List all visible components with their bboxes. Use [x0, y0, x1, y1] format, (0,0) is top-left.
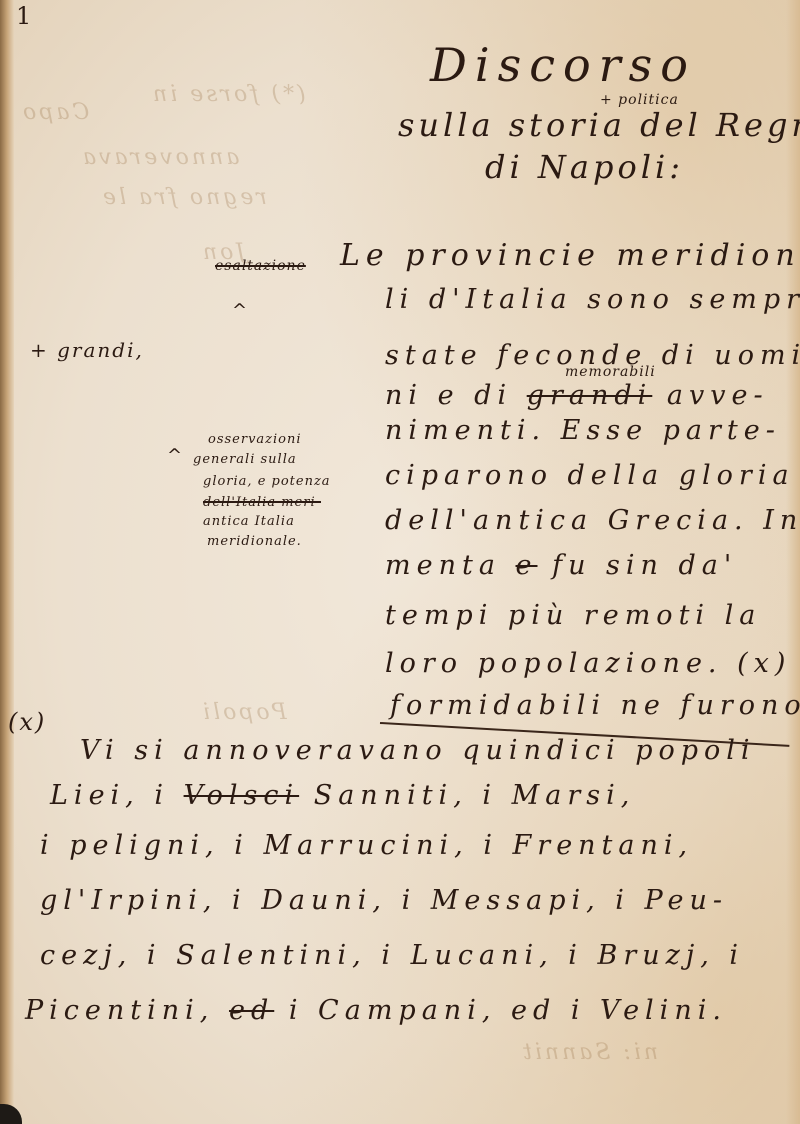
struck-word: grandi	[527, 380, 653, 411]
footnote-line-text: Picentini,	[25, 995, 214, 1026]
show-through-text: (*) forse in	[150, 82, 306, 107]
footnote-line-tail: i Campani, ed i Velini.	[289, 995, 727, 1026]
folio-number: 1	[16, 2, 37, 30]
footnote-line: cezj, i Salentini, i Lucani, i Bruzj, i	[40, 940, 744, 971]
body-line-text: ni e di	[385, 380, 512, 411]
body-line: dell'antica Grecia. In-	[385, 505, 800, 536]
body-line: Le provincie meridiona-	[340, 238, 800, 273]
body-line: loro popolazione. (x)	[385, 648, 791, 679]
margin-observation-line: gloria, e potenza	[203, 474, 331, 489]
show-through-text: regno fra le	[100, 185, 267, 210]
body-line: formidabili ne furono	[390, 690, 800, 721]
margin-observation-line: antica Italia	[203, 514, 295, 529]
show-through-text: ni: Sannit	[520, 1040, 658, 1065]
body-line-tail: avve-	[667, 380, 769, 411]
footnote-line: gl'Irpini, i Dauni, i Messapi, i Peu-	[40, 885, 728, 916]
footnote-line: Liei, i Volsci Sanniti, i Marsi,	[50, 780, 635, 811]
show-through-text: Popoli	[200, 700, 287, 725]
page-binding-gutter	[0, 0, 14, 1124]
struck-word: Volsci	[184, 780, 300, 811]
body-line: tempi più remoti la	[385, 600, 761, 631]
margin-observation-line: meridionale.	[207, 534, 302, 549]
body-line: li d'Italia sono sempre	[385, 284, 800, 315]
footnote-line-tail: Sanniti, i Marsi,	[314, 780, 636, 811]
struck-word: ed	[229, 995, 274, 1026]
manuscript-page: Capo (*) forse in annoverava regno fra l…	[0, 0, 800, 1124]
footnote-line: i peligni, i Marrucini, i Frentani,	[40, 830, 693, 861]
insertion-caret: ^	[167, 445, 182, 466]
margin-observation-line: osservazioni	[208, 432, 302, 447]
footnote-line: Vi si annoveravano quindici popoli	[80, 735, 756, 766]
heading-line-2b: del Regno	[640, 106, 800, 144]
footnote-marker: (x)	[8, 708, 46, 736]
body-line: menta e fu sin da'	[385, 550, 737, 581]
footnote-line: Picentini, ed i Campani, ed i Velini.	[25, 995, 727, 1026]
show-through-text: Capo	[20, 100, 89, 125]
page-edge-stain	[786, 0, 800, 1124]
insertion-caret: ^	[232, 300, 247, 321]
body-line: nimenti. Esse parte-	[385, 415, 781, 446]
footnote-line-text: Liei, i	[50, 780, 169, 811]
struck-word: e	[516, 550, 538, 581]
page-corner-shadow	[0, 1104, 22, 1124]
body-line-text: menta	[385, 550, 501, 581]
margin-struck-word: esaltazione	[215, 258, 306, 274]
margin-note-grandi: + grandi,	[30, 338, 144, 362]
body-line: ni e di grandi avve-	[385, 380, 769, 411]
margin-observation-line: generali sulla	[193, 452, 297, 467]
margin-observation-line-struck: dell'Italia meri-	[203, 495, 321, 510]
heading-line-2: sulla storia del Regno	[398, 106, 800, 144]
show-through-text: annoverava	[80, 145, 239, 170]
heading-title: Discorso	[430, 38, 696, 92]
body-line: ciparono della gloria	[385, 460, 795, 491]
body-insertion: memorabili	[565, 364, 656, 380]
heading-line-2a: sulla storia	[398, 106, 626, 144]
heading-line-3: di Napoli:	[485, 148, 684, 186]
body-line-tail: fu sin da'	[552, 550, 737, 581]
